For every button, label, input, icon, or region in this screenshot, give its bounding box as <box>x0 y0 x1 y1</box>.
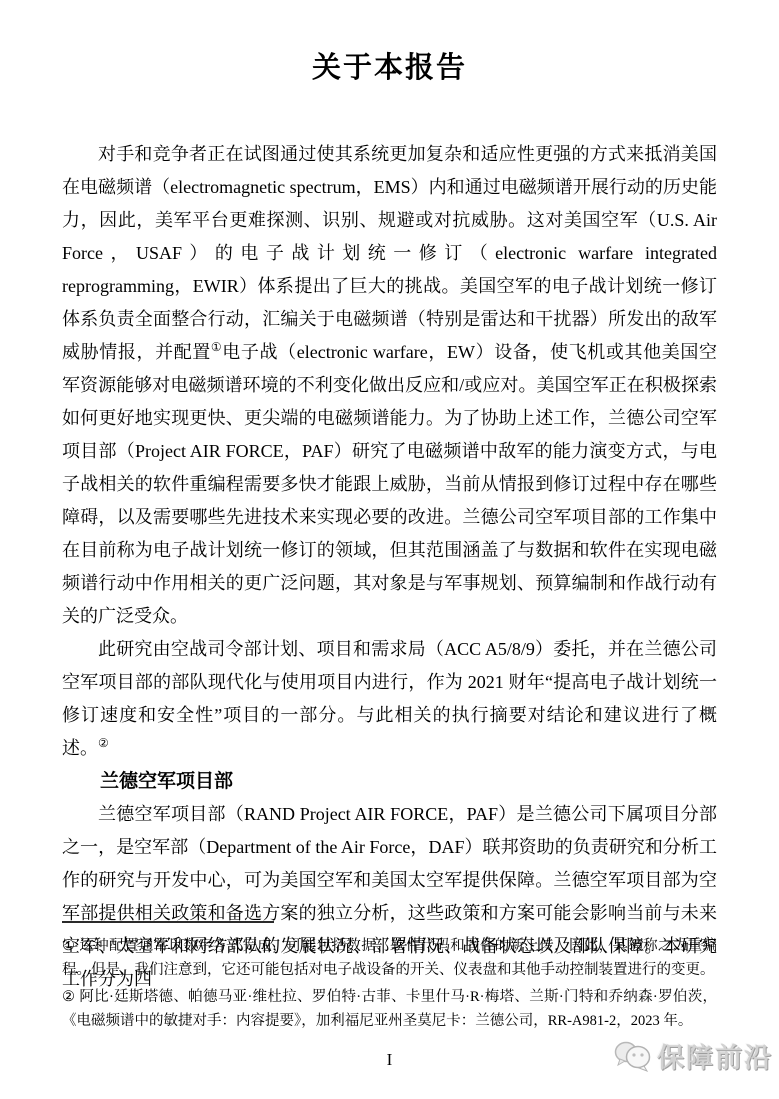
page-title: 关于本报告 <box>0 50 779 86</box>
document-page: 关于本报告 对手和竞争者正在试图通过使其系统更加复杂和适应性更强的方式来抵消美国… <box>0 0 779 1099</box>
watermark: 保障前沿 <box>614 1036 773 1075</box>
footnote-ref-1: ① <box>211 340 222 354</box>
footnote-separator <box>62 921 274 923</box>
section-heading-rand-paf: 兰德空军项目部 <box>62 765 717 798</box>
paragraph-1: 对手和竞争者正在试图通过使其系统更加复杂和适应性更强的方式来抵消美国在电磁频谱（… <box>62 138 717 633</box>
document-body: 对手和竞争者正在试图通过使其系统更加复杂和适应性更强的方式来抵消美国在电磁频谱（… <box>62 138 717 996</box>
footnote-1-text: 这种配置通常以数字方式完成，可能包括数据、软件代码和固件的新上传，因此，其被称之… <box>62 938 717 978</box>
paragraph-1-text-pre: 对手和竞争者正在试图通过使其系统更加复杂和适应性更强的方式来抵消美国在电磁频谱（… <box>62 144 717 362</box>
footnotes-section: ①这种配置通常以数字方式完成，可能包括数据、软件代码和固件的新上传，因此，其被称… <box>62 921 717 1036</box>
watermark-logo-icon <box>614 1040 652 1072</box>
footnote-ref-2: ② <box>98 736 109 750</box>
paragraph-1-text-post: 电子战（electronic warfare，EW）设备，使飞机或其他美国空军资… <box>62 342 717 626</box>
footnote-1-marker: ① <box>62 938 75 954</box>
footnote-2: ②阿比·廷斯塔德、帕德马亚·维杜拉、罗伯特·古菲、卡里什马·R·梅塔、兰斯·门特… <box>62 985 717 1033</box>
watermark-text: 保障前沿 <box>657 1036 773 1075</box>
paragraph-2-text: 此研究由空战司令部计划、项目和需求局（ACC A5/8/9）委托，并在兰德公司空… <box>62 639 717 758</box>
footnote-2-text: 阿比·廷斯塔德、帕德马亚·维杜拉、罗伯特·古菲、卡里什马·R·梅塔、兰斯·门特和… <box>62 989 717 1029</box>
footnote-1: ①这种配置通常以数字方式完成，可能包括数据、软件代码和固件的新上传，因此，其被称… <box>62 934 717 982</box>
paragraph-2: 此研究由空战司令部计划、项目和需求局（ACC A5/8/9）委托，并在兰德公司空… <box>62 633 717 765</box>
footnote-2-marker: ② <box>62 989 75 1005</box>
